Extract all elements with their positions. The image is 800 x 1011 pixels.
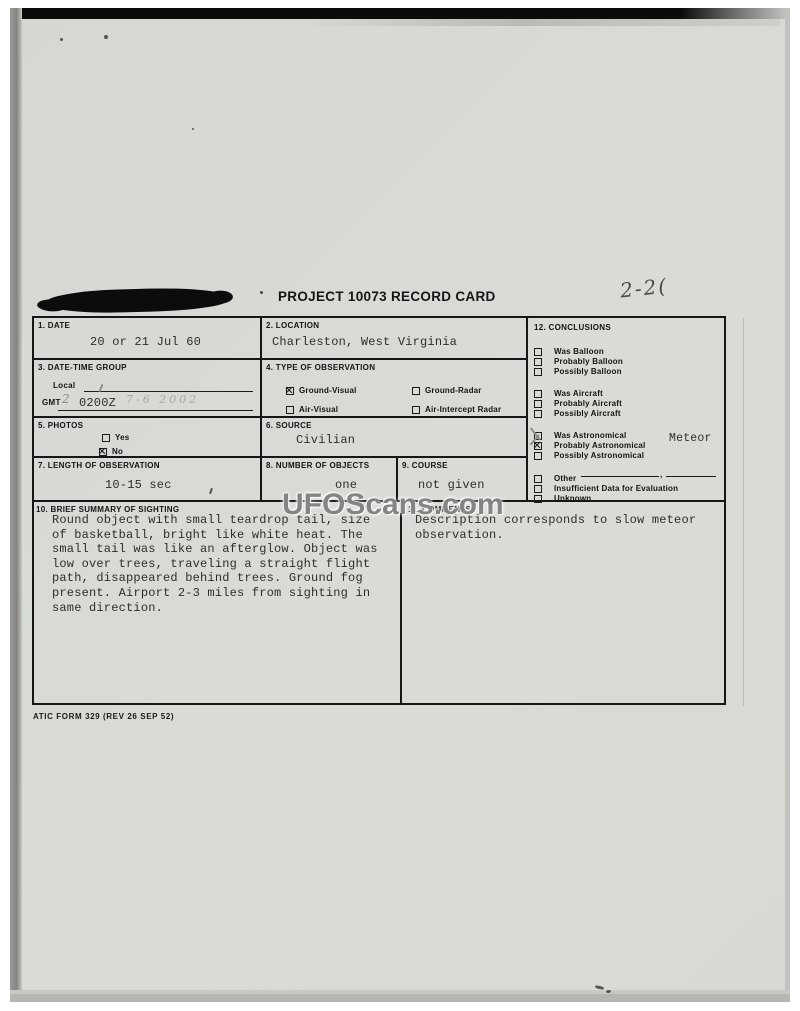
- option-label: Possibly Astronomical: [554, 451, 644, 460]
- conclusion-option: Possibly Astronomical: [534, 447, 644, 457]
- conclusion-option: Was Astronomical: [534, 427, 626, 437]
- conclusion-option: Probably Aircraft: [534, 395, 622, 405]
- field-value: Charleston, West Virginia: [272, 335, 457, 349]
- conclusion-option: Unknown: [534, 490, 591, 500]
- field-label: 2. LOCATION: [266, 321, 319, 330]
- gmt-handwritten-note: 7-6 2002: [126, 393, 199, 406]
- observation-option: Ground-Visual: [286, 382, 357, 400]
- option-label: Air-Visual: [299, 405, 338, 414]
- field-source: 6. SOURCE Civilian: [262, 418, 528, 458]
- pencil-mark: [209, 488, 213, 494]
- checkbox-icon: [286, 387, 294, 395]
- field-label: 12. CONCLUSIONS: [534, 323, 611, 332]
- watermark: UFOScans.com: [282, 488, 504, 522]
- option-label: Possibly Aircraft: [554, 409, 621, 418]
- field-label: 7. LENGTH OF OBSERVATION: [38, 461, 160, 470]
- paper-fold-line: [743, 318, 744, 706]
- field-brief-summary: 10. BRIEF SUMMARY OF SIGHTING Round obje…: [34, 502, 402, 703]
- paper-speck: [60, 38, 63, 41]
- field-conclusions: 12. CONCLUSIONS Was Balloon Probably Bal…: [528, 318, 724, 502]
- field-comments: 11. COMMENTS Description corresponds to …: [402, 502, 724, 703]
- form-number: ATIC FORM 329 (REV 26 SEP 52): [33, 712, 174, 721]
- paper-speck: [192, 128, 194, 130]
- checkbox-icon: [534, 410, 542, 418]
- checkbox-icon: [286, 406, 294, 414]
- field-value: 10-15 sec: [105, 478, 172, 492]
- conclusion-typed-note: Meteor: [669, 432, 712, 445]
- checkbox-icon: [412, 406, 420, 414]
- checkbox-icon: [534, 368, 542, 376]
- field-value: Civilian: [296, 433, 355, 447]
- conclusion-option: Possibly Aircraft: [534, 405, 621, 415]
- field-label: 4. TYPE OF OBSERVATION: [266, 363, 375, 372]
- summary-text: Round object with small teardrop tail, s…: [52, 513, 392, 615]
- scan-right-edge: [785, 8, 790, 1002]
- observation-option: Ground-Radar: [412, 382, 482, 400]
- scan-top-edge: [10, 8, 790, 19]
- page-title: PROJECT 10073 RECORD CARD: [278, 289, 496, 304]
- other-line-separator: ,: [660, 470, 662, 479]
- field-label: 9. COURSE: [402, 461, 448, 470]
- redacted-name-blackout: [45, 286, 228, 314]
- field-type-of-observation: 4. TYPE OF OBSERVATION Ground-Visual Gro…: [262, 360, 528, 418]
- option-label: Possibly Balloon: [554, 367, 622, 376]
- checkbox-icon: [412, 387, 420, 395]
- checkbox-icon: [99, 448, 107, 456]
- field-label: 8. NUMBER OF OBJECTS: [266, 461, 369, 470]
- checkbox-icon: [102, 434, 110, 442]
- field-label: 5. PHOTOS: [38, 421, 83, 430]
- field-value: 20 or 21 Jul 60: [90, 335, 201, 349]
- field-photos: 5. PHOTOS Yes No: [34, 418, 262, 458]
- handwritten-page-note: 2-2(: [619, 274, 669, 303]
- conclusion-option: Was Balloon: [534, 343, 604, 353]
- field-date-time-group: 3. DATE-TIME GROUP Local GMT 2 0200Z 7-6…: [34, 360, 262, 418]
- scanned-record-card: PROJECT 10073 RECORD CARD 2-2( 1. DATE 2…: [10, 8, 790, 1002]
- observation-option: Air-Intercept Radar: [412, 401, 501, 419]
- conclusion-option: Probably Balloon: [534, 353, 623, 363]
- scan-smudge: [300, 19, 780, 26]
- other-rule-line: [581, 476, 659, 477]
- scan-bottom-edge: [10, 994, 790, 1002]
- observation-option: Air-Visual: [286, 401, 338, 419]
- gmt-value: 0200Z: [79, 396, 116, 410]
- paper-speck: [104, 35, 108, 39]
- gmt-rule-line: [58, 410, 253, 411]
- option-label: Yes: [115, 433, 129, 442]
- paper-mark: [606, 990, 611, 994]
- field-label: 1. DATE: [38, 321, 70, 330]
- scan-left-edge: [10, 8, 22, 1002]
- checkbox-icon: [534, 452, 542, 460]
- conclusion-option: Other: [534, 470, 576, 480]
- gmt-handwritten-prefix: 2: [62, 392, 70, 406]
- option-label: Ground-Radar: [425, 386, 482, 395]
- conclusion-option: Was Aircraft: [534, 385, 603, 395]
- local-rule-line: [84, 391, 253, 392]
- ink-dot: [260, 291, 263, 294]
- gmt-label: GMT: [42, 398, 61, 407]
- conclusion-option: Probably Astronomical: [534, 437, 645, 447]
- field-label: 3. DATE-TIME GROUP: [38, 363, 127, 372]
- conclusion-option: Possibly Balloon: [534, 363, 622, 373]
- other-rule-line: [666, 476, 716, 477]
- option-label: No: [112, 447, 123, 456]
- field-label: 6. SOURCE: [266, 421, 312, 430]
- option-label: Ground-Visual: [299, 386, 357, 395]
- option-label: Air-Intercept Radar: [425, 405, 501, 414]
- field-date: 1. DATE 20 or 21 Jul 60: [34, 318, 262, 360]
- conclusion-option: Insufficient Data for Evaluation: [534, 480, 678, 490]
- field-location: 2. LOCATION Charleston, West Virginia: [262, 318, 528, 360]
- local-label: Local: [53, 381, 75, 390]
- paper-mark: [595, 985, 604, 990]
- field-length-of-observation: 7. LENGTH OF OBSERVATION 10-15 sec: [34, 458, 262, 502]
